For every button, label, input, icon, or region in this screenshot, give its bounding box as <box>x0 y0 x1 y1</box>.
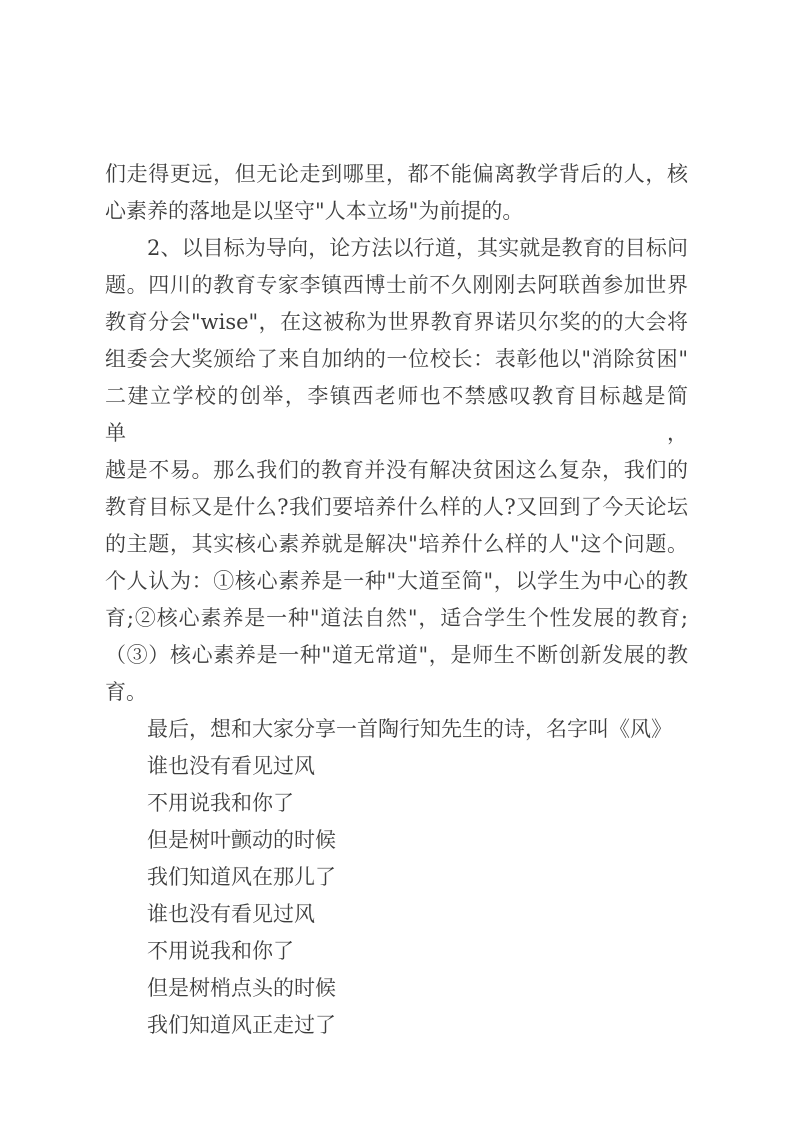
text-line: 育。 <box>105 674 688 711</box>
text-line: 教育目标又是什么?我们要培养什么样的人?又回到了今天论坛 <box>105 489 688 526</box>
paragraph-poem-intro: 最后，想和大家分享一首陶行知先生的诗，名字叫《风》 <box>105 711 688 748</box>
text-line: 我们知道风在那儿了 <box>105 859 688 896</box>
text-line: 但是树叶颤动的时候 <box>105 822 688 859</box>
poem-line: 我们知道风在那儿了 <box>105 859 688 896</box>
text-line: 谁也没有看见过风 <box>105 748 688 785</box>
document-body: 们走得更远，但无论走到哪里，都不能偏离教学背后的人，核心素养的落地是以坚守"人本… <box>105 156 688 1044</box>
text-line: 谁也没有看见过风 <box>105 896 688 933</box>
poem-line: 谁也没有看见过风 <box>105 748 688 785</box>
text-line: 不用说我和你了 <box>105 933 688 970</box>
poem-line: 不用说我和你了 <box>105 785 688 822</box>
text-line: 2、以目标为导向，论方法以行道，其实就是教育的目标问 <box>105 230 688 267</box>
text-line: 们走得更远，但无论走到哪里，都不能偏离教学背后的人，核 <box>105 156 688 193</box>
text-line: 我们知道风正走过了 <box>105 1007 688 1044</box>
text-line: 的主题，其实核心素养就是解决"培养什么样的人"这个问题。 <box>105 526 688 563</box>
text-line: 个人认为：①核心素养是一种"大道至简"，以学生为中心的教 <box>105 563 688 600</box>
text-line: 越是不易。那么我们的教育并没有解决贫困这么复杂，我们的 <box>105 452 688 489</box>
text-line: 二建立学校的创举，李镇西老师也不禁感叹教育目标越是简单， <box>105 378 688 452</box>
text-line: 教育分会"wise"，在这被称为世界教育界诺贝尔奖的的大会将 <box>105 304 688 341</box>
poem-line: 但是树梢点头的时候 <box>105 970 688 1007</box>
poem-line: 谁也没有看见过风 <box>105 896 688 933</box>
text-line: 组委会大奖颁给了来自加纳的一位校长：表彰他以"消除贫困" <box>105 341 688 378</box>
paragraph-continuation: 们走得更远，但无论走到哪里，都不能偏离教学背后的人，核心素养的落地是以坚守"人本… <box>105 156 688 230</box>
text-line: 但是树梢点头的时候 <box>105 970 688 1007</box>
text-line: 育;②核心素养是一种"道法自然"，适合学生个性发展的教育; <box>105 600 688 637</box>
poem-line: 我们知道风正走过了 <box>105 1007 688 1044</box>
text-line: 最后，想和大家分享一首陶行知先生的诗，名字叫《风》 <box>105 711 688 748</box>
text-line: 心素养的落地是以坚守"人本立场"为前提的。 <box>105 193 688 230</box>
poem-line: 但是树叶颤动的时候 <box>105 822 688 859</box>
text-line: （③）核心素养是一种"道无常道"，是师生不断创新发展的教 <box>105 637 688 674</box>
paragraph-goal-oriented: 2、以目标为导向，论方法以行道，其实就是教育的目标问题。四川的教育专家李镇西博士… <box>105 230 688 711</box>
text-line: 题。四川的教育专家李镇西博士前不久刚刚去阿联酋参加世界 <box>105 267 688 304</box>
text-line: 不用说我和你了 <box>105 785 688 822</box>
document-page: 们走得更远，但无论走到哪里，都不能偏离教学背后的人，核心素养的落地是以坚守"人本… <box>0 0 793 1122</box>
poem-line: 不用说我和你了 <box>105 933 688 970</box>
